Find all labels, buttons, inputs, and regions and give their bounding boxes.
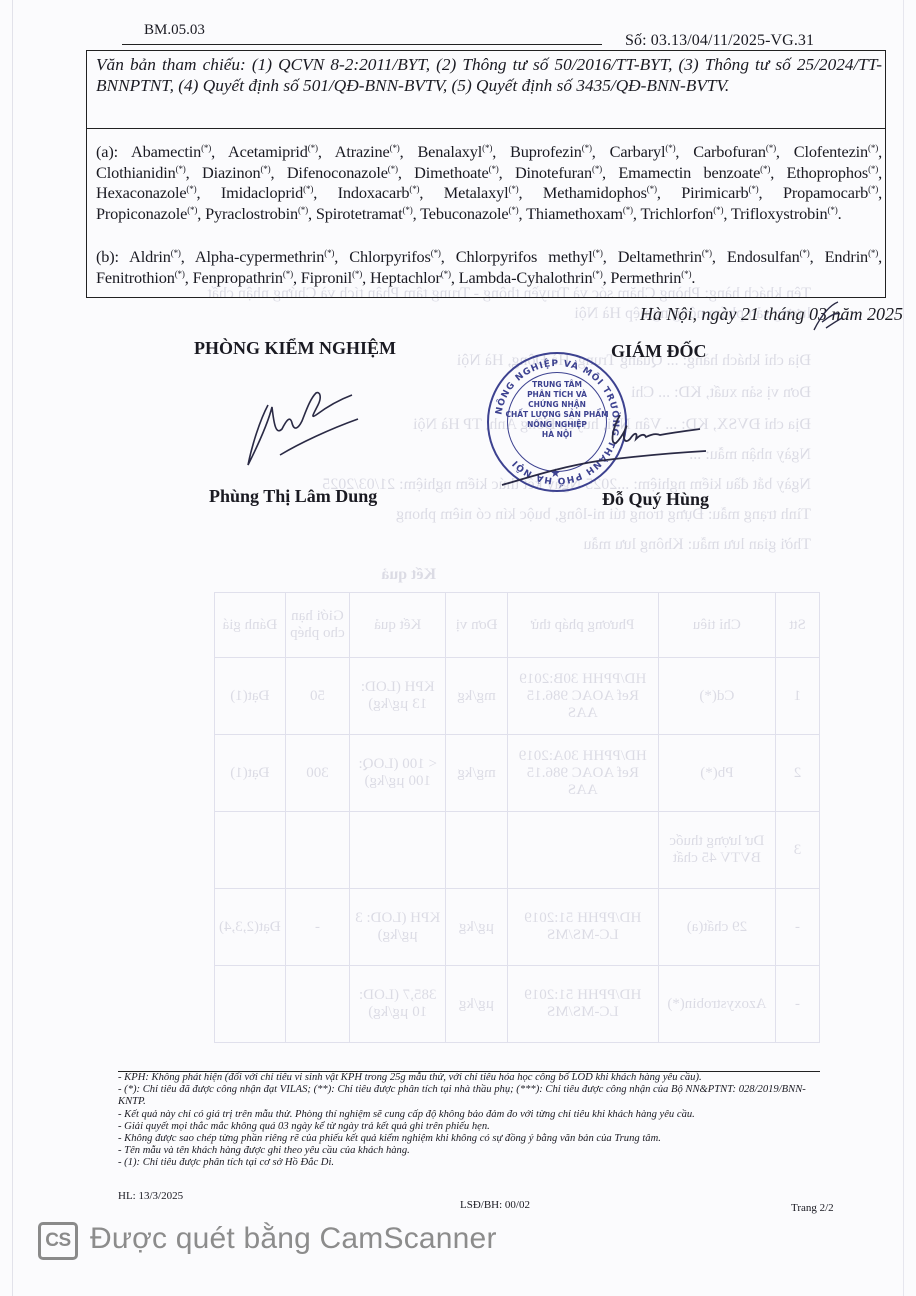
bleed-row: 2 Pb(*) HD/PPHH 30A:2019 Ref AOAC 986.15… bbox=[215, 735, 820, 812]
analyte-item: Methamidophos(*) bbox=[543, 183, 657, 202]
analyte-item: Atrazine(*) bbox=[335, 142, 400, 161]
bleed-cell: Azoxystrobin(*) bbox=[658, 966, 775, 1043]
bleed-cell: µg/kg bbox=[446, 966, 508, 1043]
bleed-row: - 29 chất(a) HD/PPHH 51:2019 LC-MS/MS µg… bbox=[215, 889, 820, 966]
bleed-cell: - bbox=[776, 966, 820, 1043]
analyte-item: Permethrin(*) bbox=[610, 268, 691, 287]
analyte-item: Alpha-cypermethrin(*) bbox=[195, 247, 334, 266]
analyte-item: Trifloxystrobin(*) bbox=[731, 204, 838, 223]
footnotes: - KPH: Không phát hiện (đối với chỉ tiêu… bbox=[118, 1072, 828, 1170]
bleed-col: Chỉ tiêu bbox=[658, 593, 775, 658]
bleed-cell: HD/PPHH 30B:2019 Ref AOAC 986.15 AAS bbox=[507, 658, 658, 735]
analyte-item: Difenoconazole(*) bbox=[287, 163, 398, 182]
analyte-item: Acetamiprid(*) bbox=[228, 142, 318, 161]
analyte-item: Fipronil(*) bbox=[301, 268, 362, 287]
footnote: - Kết quả này chỉ có giá trị trên mẫu th… bbox=[118, 1109, 828, 1121]
analyte-item: Propiconazole(*) bbox=[96, 204, 197, 223]
analyte-item: Fenitrothion(*) bbox=[96, 268, 185, 287]
footnote: - (1): Chỉ tiêu được phân tích tại cơ sở… bbox=[118, 1157, 828, 1169]
analyte-item: Chlorpyrifos methyl(*) bbox=[456, 247, 603, 266]
bleed-row: 1 Cd(*) HD/PPHH 30B:2019 Ref AOAC 986.15… bbox=[215, 658, 820, 735]
reference-documents: Văn bản tham chiếu: (1) QCVN 8-2:2011/BY… bbox=[96, 54, 882, 96]
footnote: - Không được sao chép từng phần riêng rẽ… bbox=[118, 1133, 828, 1145]
analyte-item: Pyraclostrobin(*) bbox=[205, 204, 308, 223]
footnote: - Giải quyết mọi thắc mắc không quá 03 n… bbox=[118, 1121, 828, 1133]
analyte-item: Deltamethrin(*) bbox=[618, 247, 712, 266]
document-number: Số: 03.13/04/11/2025-VG.31 bbox=[625, 32, 814, 50]
analyte-group-a: (a): Abamectin(*), Acetamiprid(*), Atraz… bbox=[96, 140, 882, 222]
bleed-col: Đơn vị bbox=[446, 593, 508, 658]
bleed-cell: HD/PPHH 30A:2019 Ref AOAC 986.15 AAS bbox=[507, 735, 658, 812]
bleed-cell: mg/kg bbox=[446, 658, 508, 735]
analyte-item: Tebuconazole(*) bbox=[420, 204, 518, 223]
stamp-line: PHÂN TÍCH VÀ bbox=[489, 390, 625, 400]
bleed-cell bbox=[446, 812, 508, 889]
bleed-results-table: Stt Chỉ tiêu Phương pháp thử Đơn vị Kết … bbox=[214, 592, 820, 1043]
bleed-cell: 300 bbox=[285, 735, 350, 812]
analyte-item: Endrin(*) bbox=[825, 247, 878, 266]
page-number: Trang 2/2 bbox=[791, 1202, 834, 1214]
analyte-item: Thiamethoxam(*) bbox=[526, 204, 633, 223]
bleed-cell: HD/PPHH 51:2019 LC-MS/MS bbox=[507, 966, 658, 1043]
bleed-row: - Azoxystrobin(*) HD/PPHH 51:2019 LC-MS/… bbox=[215, 966, 820, 1043]
analyte-item: Dinotefuran(*) bbox=[515, 163, 602, 182]
form-code: BM.05.03 bbox=[144, 22, 205, 39]
bleed-cell: KPH (LOD: 3 µg/kg) bbox=[350, 889, 446, 966]
reference-separator bbox=[86, 128, 886, 129]
footnote: - KPH: Không phát hiện (đối với chỉ tiêu… bbox=[118, 1072, 828, 1084]
analyte-item: Spirotetramat(*) bbox=[316, 204, 413, 223]
analyte-item: Dimethoate(*) bbox=[414, 163, 499, 182]
bleed-heading: Kết quả bbox=[381, 566, 436, 584]
analyte-group-b: (b): Aldrin(*), Alpha-cypermethrin(*), C… bbox=[96, 245, 882, 286]
place-date: Hà Nội, ngày 21 tháng 03 năm 2025 bbox=[640, 304, 903, 325]
analyte-item: Carbaryl(*) bbox=[610, 142, 676, 161]
bleed-cell: mg/kg bbox=[446, 735, 508, 812]
bleed-cell bbox=[350, 812, 446, 889]
bleed-cell: 2 bbox=[776, 735, 820, 812]
bleed-cell: µg/kg bbox=[446, 889, 508, 966]
analyte-item: Propamocarb(*) bbox=[783, 183, 878, 202]
bleed-cell: Dư lượng thuốc BVTV 45 chất bbox=[658, 812, 775, 889]
bleed-cell: 385,7 (LOD: 10 µg/kg) bbox=[350, 966, 446, 1043]
stamp-line: TRUNG TÂM bbox=[489, 380, 625, 390]
analyte-item: Endosulfan(*) bbox=[727, 247, 810, 266]
analyte-item: Aldrin(*) bbox=[129, 247, 181, 266]
bleed-cell: < 100 (LOQ: 100 µg/kg) bbox=[350, 735, 446, 812]
scan-margin-right bbox=[903, 0, 904, 1296]
bleed-cell: Pb(*) bbox=[658, 735, 775, 812]
bleed-cell bbox=[285, 966, 350, 1043]
bleed-col: Giới hạn cho phép bbox=[285, 593, 350, 658]
initials-signature-icon bbox=[810, 298, 846, 334]
bleed-row: 3 Dư lượng thuốc BVTV 45 chất bbox=[215, 812, 820, 889]
analyte-item: Chlorpyrifos(*) bbox=[349, 247, 440, 266]
bleed-col: Kết quả bbox=[350, 593, 446, 658]
bleed-cell bbox=[215, 966, 286, 1043]
bleed-col: Đánh giá bbox=[215, 593, 286, 658]
bleed-cell bbox=[285, 812, 350, 889]
analyte-item: Heptachlor(*) bbox=[370, 268, 451, 287]
lab-head-signature-icon bbox=[240, 385, 370, 475]
bleed-cell bbox=[507, 812, 658, 889]
analyte-item: Lambda-Cyhalothrin(*) bbox=[459, 268, 603, 287]
camscanner-watermark: Được quét bằng CamScanner bbox=[90, 1222, 497, 1256]
analyte-item: Clothianidin(*) bbox=[96, 163, 186, 182]
bleed-cell: Đạt(1) bbox=[215, 735, 286, 812]
group-label: (a): bbox=[96, 142, 131, 161]
revision: LSĐ/BH: 00/02 bbox=[460, 1199, 530, 1211]
bleed-cell: Đạt(1) bbox=[215, 658, 286, 735]
analyte-item: Indoxacarb(*) bbox=[338, 183, 420, 202]
issue-date: HL: 13/3/2025 bbox=[118, 1190, 183, 1202]
bleed-cell: 1 bbox=[776, 658, 820, 735]
analyte-item: Trichlorfon(*) bbox=[640, 204, 723, 223]
scan-margin-left bbox=[12, 0, 13, 1296]
analyte-item: Pirimicarb(*) bbox=[681, 183, 758, 202]
footnote: - Tên mẫu và tên khách hàng được ghi the… bbox=[118, 1145, 828, 1157]
bleed-cell: Đạt(2,3,4) bbox=[215, 889, 286, 966]
analyte-item: Clofentezin(*) bbox=[794, 142, 878, 161]
analyte-item: Metalaxyl(*) bbox=[444, 183, 519, 202]
analyte-item: Imidacloprid(*) bbox=[221, 183, 313, 202]
bleed-col: Stt bbox=[776, 593, 820, 658]
bleed-cell bbox=[215, 812, 286, 889]
analyte-item: Hexaconazole(*) bbox=[96, 183, 196, 202]
bleed-cell: 29 chất(a) bbox=[658, 889, 775, 966]
bleed-line: Đơn vị sản xuất, KD: ... Chi bbox=[631, 384, 811, 402]
camscanner-logo-icon: CS bbox=[38, 1222, 78, 1260]
director-signature-icon bbox=[500, 405, 710, 495]
bleed-col: Phương pháp thử bbox=[507, 593, 658, 658]
director-name: Đỗ Quý Hùng bbox=[602, 489, 709, 510]
lab-head-name: Phùng Thị Lâm Dung bbox=[209, 486, 377, 507]
bleed-cell: HD/PPHH 51:2019 LC-MS/MS bbox=[507, 889, 658, 966]
header-rule bbox=[122, 44, 602, 45]
analyte-item: Carbofuran(*) bbox=[693, 142, 776, 161]
analyte-item: Abamectin(*) bbox=[131, 142, 211, 161]
bleed-cell: - bbox=[285, 889, 350, 966]
analyte-item: Buprofezin(*) bbox=[510, 142, 592, 161]
analyte-item: Fenpropathrin(*) bbox=[193, 268, 293, 287]
analyte-item: Ethoprophos(*) bbox=[787, 163, 879, 182]
lab-department-title: PHÒNG KIỂM NGHIỆM bbox=[194, 338, 396, 359]
bleed-cell: KPH (LOD: 13 µg/kg) bbox=[350, 658, 446, 735]
bleed-cell: - bbox=[776, 889, 820, 966]
director-title: GIÁM ĐỐC bbox=[611, 341, 707, 362]
group-label: (b): bbox=[96, 247, 129, 266]
bleed-cell: 50 bbox=[285, 658, 350, 735]
bleed-cell: Cd(*) bbox=[658, 658, 775, 735]
bleed-line: Thời gian lưu mẫu: Không lưu mẫu bbox=[583, 536, 811, 554]
analyte-item: Benalaxyl(*) bbox=[417, 142, 492, 161]
analyte-item: Diazinon(*) bbox=[202, 163, 271, 182]
footnote: - (*): Chỉ tiêu đã được công nhận đạt VI… bbox=[118, 1084, 828, 1108]
analyte-item: Emamectin benzoate(*) bbox=[618, 163, 770, 182]
bleed-cell: 3 bbox=[776, 812, 820, 889]
